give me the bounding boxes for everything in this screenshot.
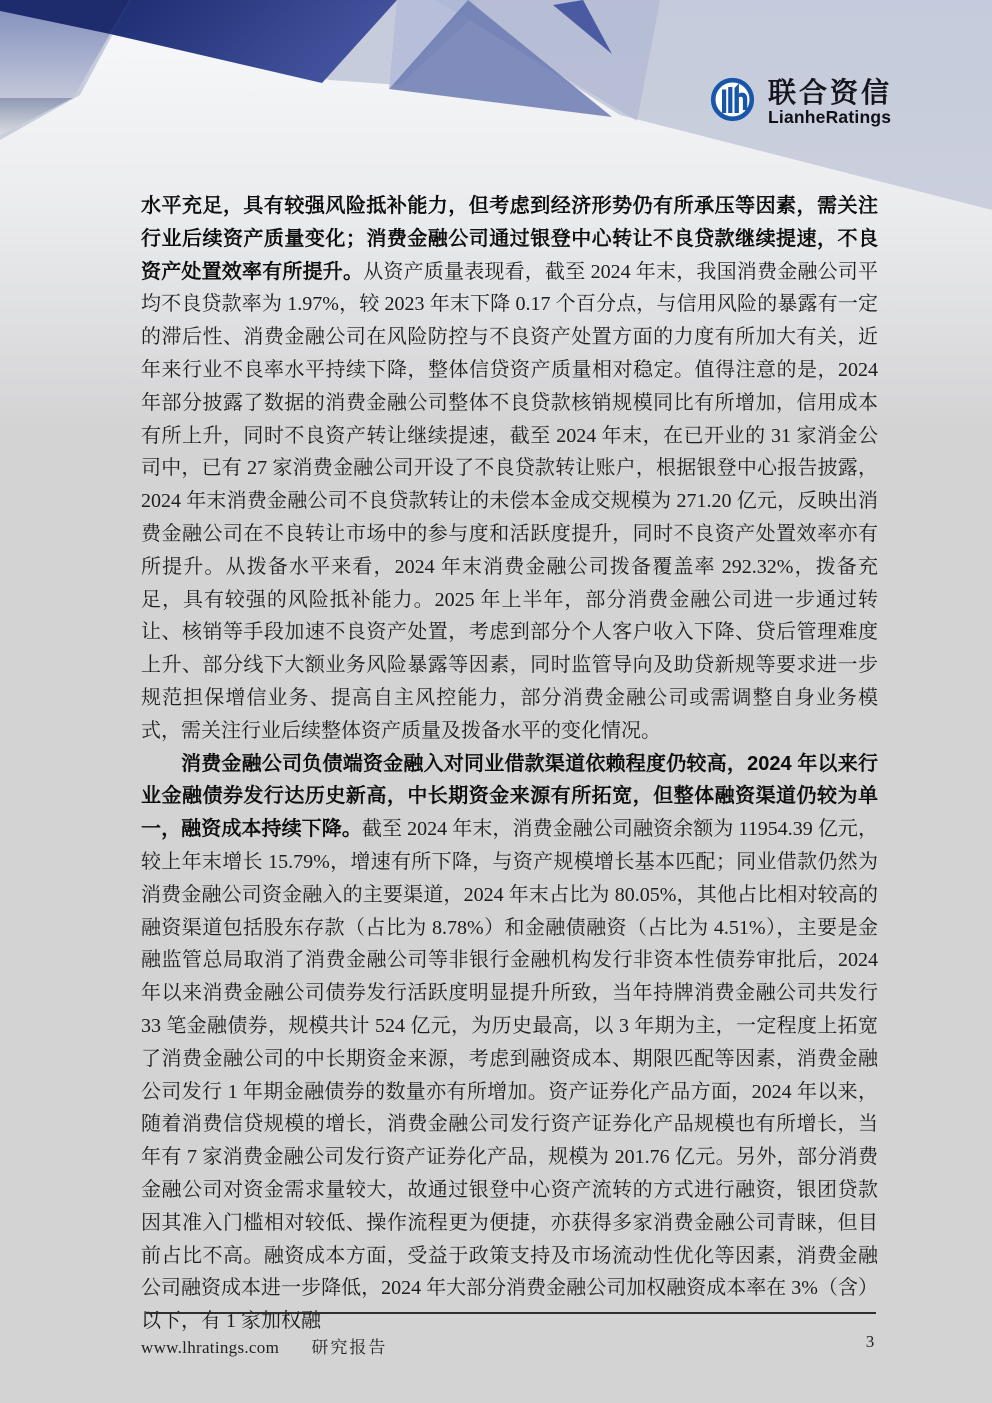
brand-text: 联合资信 LianheRatings (768, 76, 892, 126)
footer: www.lhratings.com 研究报告 (141, 1333, 387, 1358)
lianhe-lh-monogram-icon (709, 76, 756, 123)
body-text: 从资产质量表现看，截至 2024 年末，我国消费金融公司平均不良贷款率为 1.9… (141, 261, 878, 742)
paragraph: 消费金融公司负债端资金融入对同业借款渠道依赖程度仍较高，2024 年以来行业金融… (141, 748, 878, 1338)
body-text: 截至 2024 年末，消费金融公司融资余额为 11954.39 亿元，较上年末增… (141, 818, 878, 1332)
paragraph: 水平充足，具有较强风险抵补能力，但考虑到经济形势仍有所承压等因素，需关注行业后续… (141, 190, 878, 748)
footer-report-label: 研究报告 (311, 1338, 387, 1357)
document-body: 水平充足，具有较强风险抵补能力，但考虑到经济形势仍有所承压等因素，需关注行业后续… (141, 190, 878, 1338)
footer-rule (146, 1312, 876, 1314)
report-page: 联合资信 LianheRatings 水平充足，具有较强风险抵补能力，但考虑到经… (0, 0, 992, 1403)
brand-name-english: LianheRatings (768, 108, 892, 126)
brand-name-chinese: 联合资信 (768, 79, 892, 107)
footer-website: www.lhratings.com (141, 1338, 279, 1357)
brand-logo: 联合资信 LianheRatings (709, 76, 892, 126)
page-number: 3 (860, 1332, 880, 1352)
